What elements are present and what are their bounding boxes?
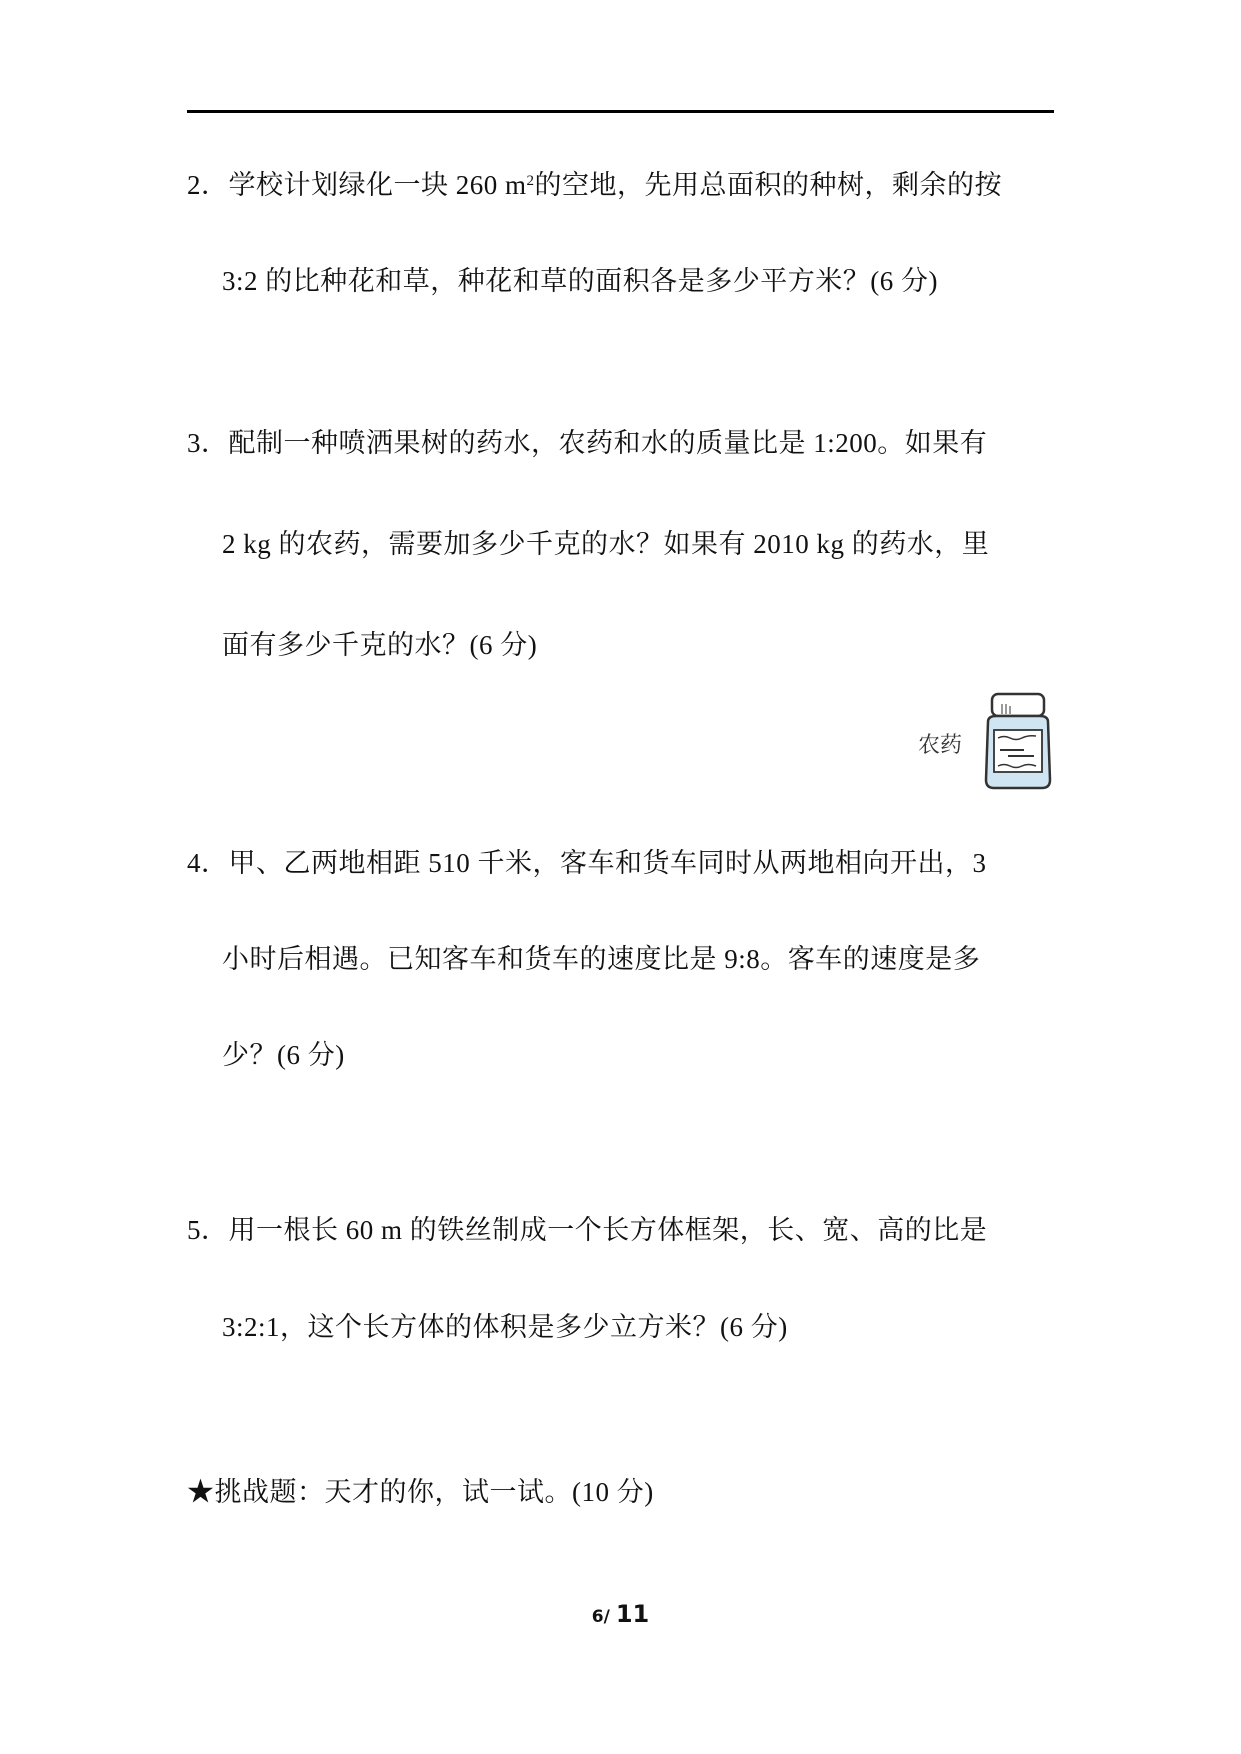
question-3-line-2: 2 kg 的农药，需要加多少千克的水？如果有 2010 kg 的药水，里 — [222, 527, 989, 561]
header-rule — [187, 110, 1054, 113]
question-2-line-1: 2．学校计划绿化一块 260 m2的空地，先用总面积的种树，剩余的按 — [187, 168, 1002, 202]
page-number: 6/11 — [0, 1600, 1241, 1628]
question-5-line-1: 5．用一根长 60 m 的铁丝制成一个长方体框架，长、宽、高的比是 — [187, 1213, 987, 1247]
question-3-line-1: 3．配制一种喷洒果树的药水，农药和水的质量比是 1:200。如果有 — [187, 426, 987, 460]
question-number: 4． — [187, 848, 229, 878]
question-number: 2． — [187, 170, 229, 200]
question-4-line-3: 少？(6 分) — [222, 1038, 345, 1072]
total-pages: 11 — [616, 1600, 649, 1628]
question-number: 5． — [187, 1215, 229, 1245]
pesticide-jar-icon — [980, 690, 1056, 792]
pesticide-illustration: 农药 — [918, 690, 1058, 795]
question-number: 3． — [187, 428, 229, 458]
question-2-line-2: 3:2 的比种花和草，种花和草的面积各是多少平方米？(6 分) — [222, 264, 938, 298]
question-text: 的空地，先用总面积的种树，剩余的按 — [535, 170, 1003, 200]
question-text: 学校计划绿化一块 260 m — [229, 170, 527, 200]
jar-label: 农药 — [918, 728, 962, 759]
challenge-heading: ★挑战题：天才的你，试一试。(10 分) — [187, 1475, 654, 1509]
question-3-line-3: 面有多少千克的水？(6 分) — [222, 628, 537, 662]
question-text: 配制一种喷洒果树的药水，农药和水的质量比是 1:200。如果有 — [229, 428, 988, 458]
question-text: 甲、乙两地相距 510 千米，客车和货车同时从两地相向开出，3 — [229, 848, 987, 878]
superscript: 2 — [527, 173, 535, 189]
question-5-line-2: 3:2:1，这个长方体的体积是多少立方米？(6 分) — [222, 1310, 788, 1344]
question-4-line-1: 4．甲、乙两地相距 510 千米，客车和货车同时从两地相向开出，3 — [187, 846, 987, 880]
question-text: 用一根长 60 m 的铁丝制成一个长方体框架，长、宽、高的比是 — [229, 1215, 988, 1245]
current-page: 6/ — [592, 1607, 610, 1627]
question-4-line-2: 小时后相遇。已知客车和货车的速度比是 9:8。客车的速度是多 — [222, 942, 980, 976]
